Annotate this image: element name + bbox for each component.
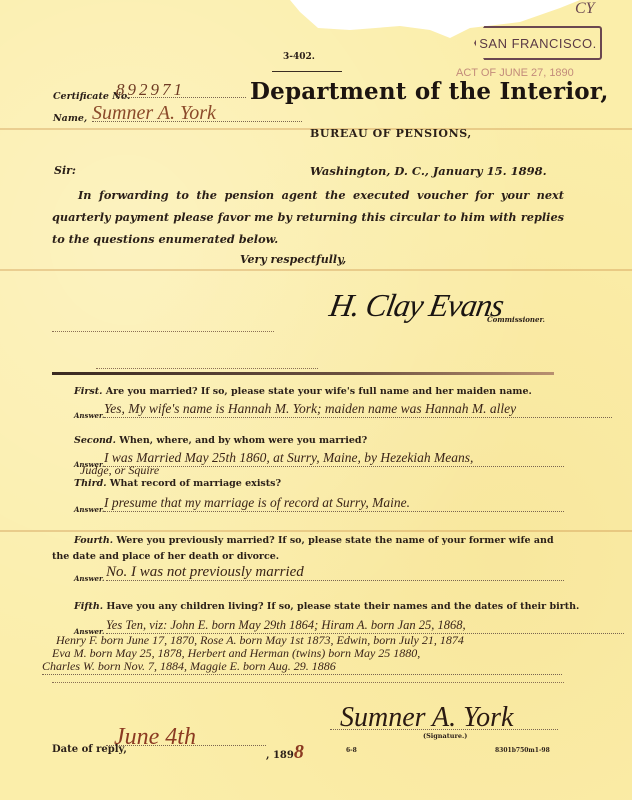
answer-label: Answer. (74, 411, 104, 420)
question-text: When, where, and by whom were you marrie… (119, 435, 367, 446)
address-line (52, 331, 274, 332)
letter-body: In forwarding to the pension agent the e… (52, 184, 564, 250)
question-ordinal: Fourth. (74, 535, 113, 546)
commissioner-label: Commissioner. (487, 315, 545, 324)
pensioner-signature: Sumner A. York (330, 706, 558, 730)
answer-first: Yes, My wife's name is Hannah M. York; m… (104, 401, 612, 418)
certificate-number: 892971 (116, 80, 246, 98)
stamp-text: SAN FRANCISCO. (479, 36, 597, 51)
question-ordinal: First. (74, 386, 102, 397)
question-fifth: Fifth. Have you any children living? If … (74, 601, 579, 612)
question-ordinal: Fifth. (74, 601, 103, 612)
question-first: First. Are you married? If so, please st… (74, 386, 532, 397)
dateline: Washington, D. C., January 15. 1898. (310, 164, 547, 178)
printer-code: 8301b750m1-98 (495, 747, 550, 754)
san-francisco-stamp: SAN FRANCISCO. (474, 26, 602, 60)
question-text: Have you any children living? If so, ple… (106, 601, 579, 612)
question-text: Are you married? If so, please state you… (106, 386, 532, 397)
reply-year: , 1898 (266, 741, 304, 764)
answer-fifth-line-4: Charles W. born Nov. 7, 1884, Maggie E. … (42, 658, 562, 675)
form-number: 3-402. (283, 52, 315, 62)
stamp-fragment: CY (575, 0, 595, 18)
date-of-reply-value: June 4th (106, 724, 266, 746)
answer-extra-line (52, 682, 564, 683)
pensioner-name: Sumner A. York (92, 102, 302, 122)
fold-crease (0, 530, 632, 532)
divider (272, 71, 342, 72)
reply-year-digit: 8 (294, 741, 304, 763)
department-title: Department of the Interior, (250, 78, 609, 105)
reply-year-prefix: , 189 (266, 750, 294, 761)
question-text: Were you previously married? If so, plea… (52, 535, 554, 562)
form-code-left: 6-8 (346, 747, 357, 754)
answer-label: Answer. (74, 505, 104, 514)
commissioner-signature: H. Clay Evans (327, 287, 506, 324)
question-ordinal: Second. (74, 435, 116, 446)
answer-fourth: No. I was not previously married (106, 564, 564, 581)
salutation: Sir: (54, 164, 76, 177)
answer-second-line-2: Judge, or Squire (80, 462, 200, 478)
answer-label: Answer. (74, 574, 104, 583)
question-fourth: Fourth. Were you previously married? If … (52, 533, 564, 565)
question-third: Third. What record of marriage exists? (74, 478, 281, 489)
answer-third: I presume that my marriage is of record … (104, 495, 564, 512)
closing: Very respectfully, (240, 253, 346, 266)
fold-crease (0, 269, 632, 271)
question-second: Second. When, where, and by whom were yo… (74, 435, 367, 446)
question-text: What record of marriage exists? (110, 478, 281, 489)
signature-label: (Signature.) (423, 732, 467, 740)
bureau-title: BUREAU OF PENSIONS, (310, 127, 472, 140)
name-label: Name, (53, 113, 87, 124)
address-line (96, 368, 318, 369)
question-ordinal: Third. (74, 478, 107, 489)
section-divider (52, 372, 554, 375)
